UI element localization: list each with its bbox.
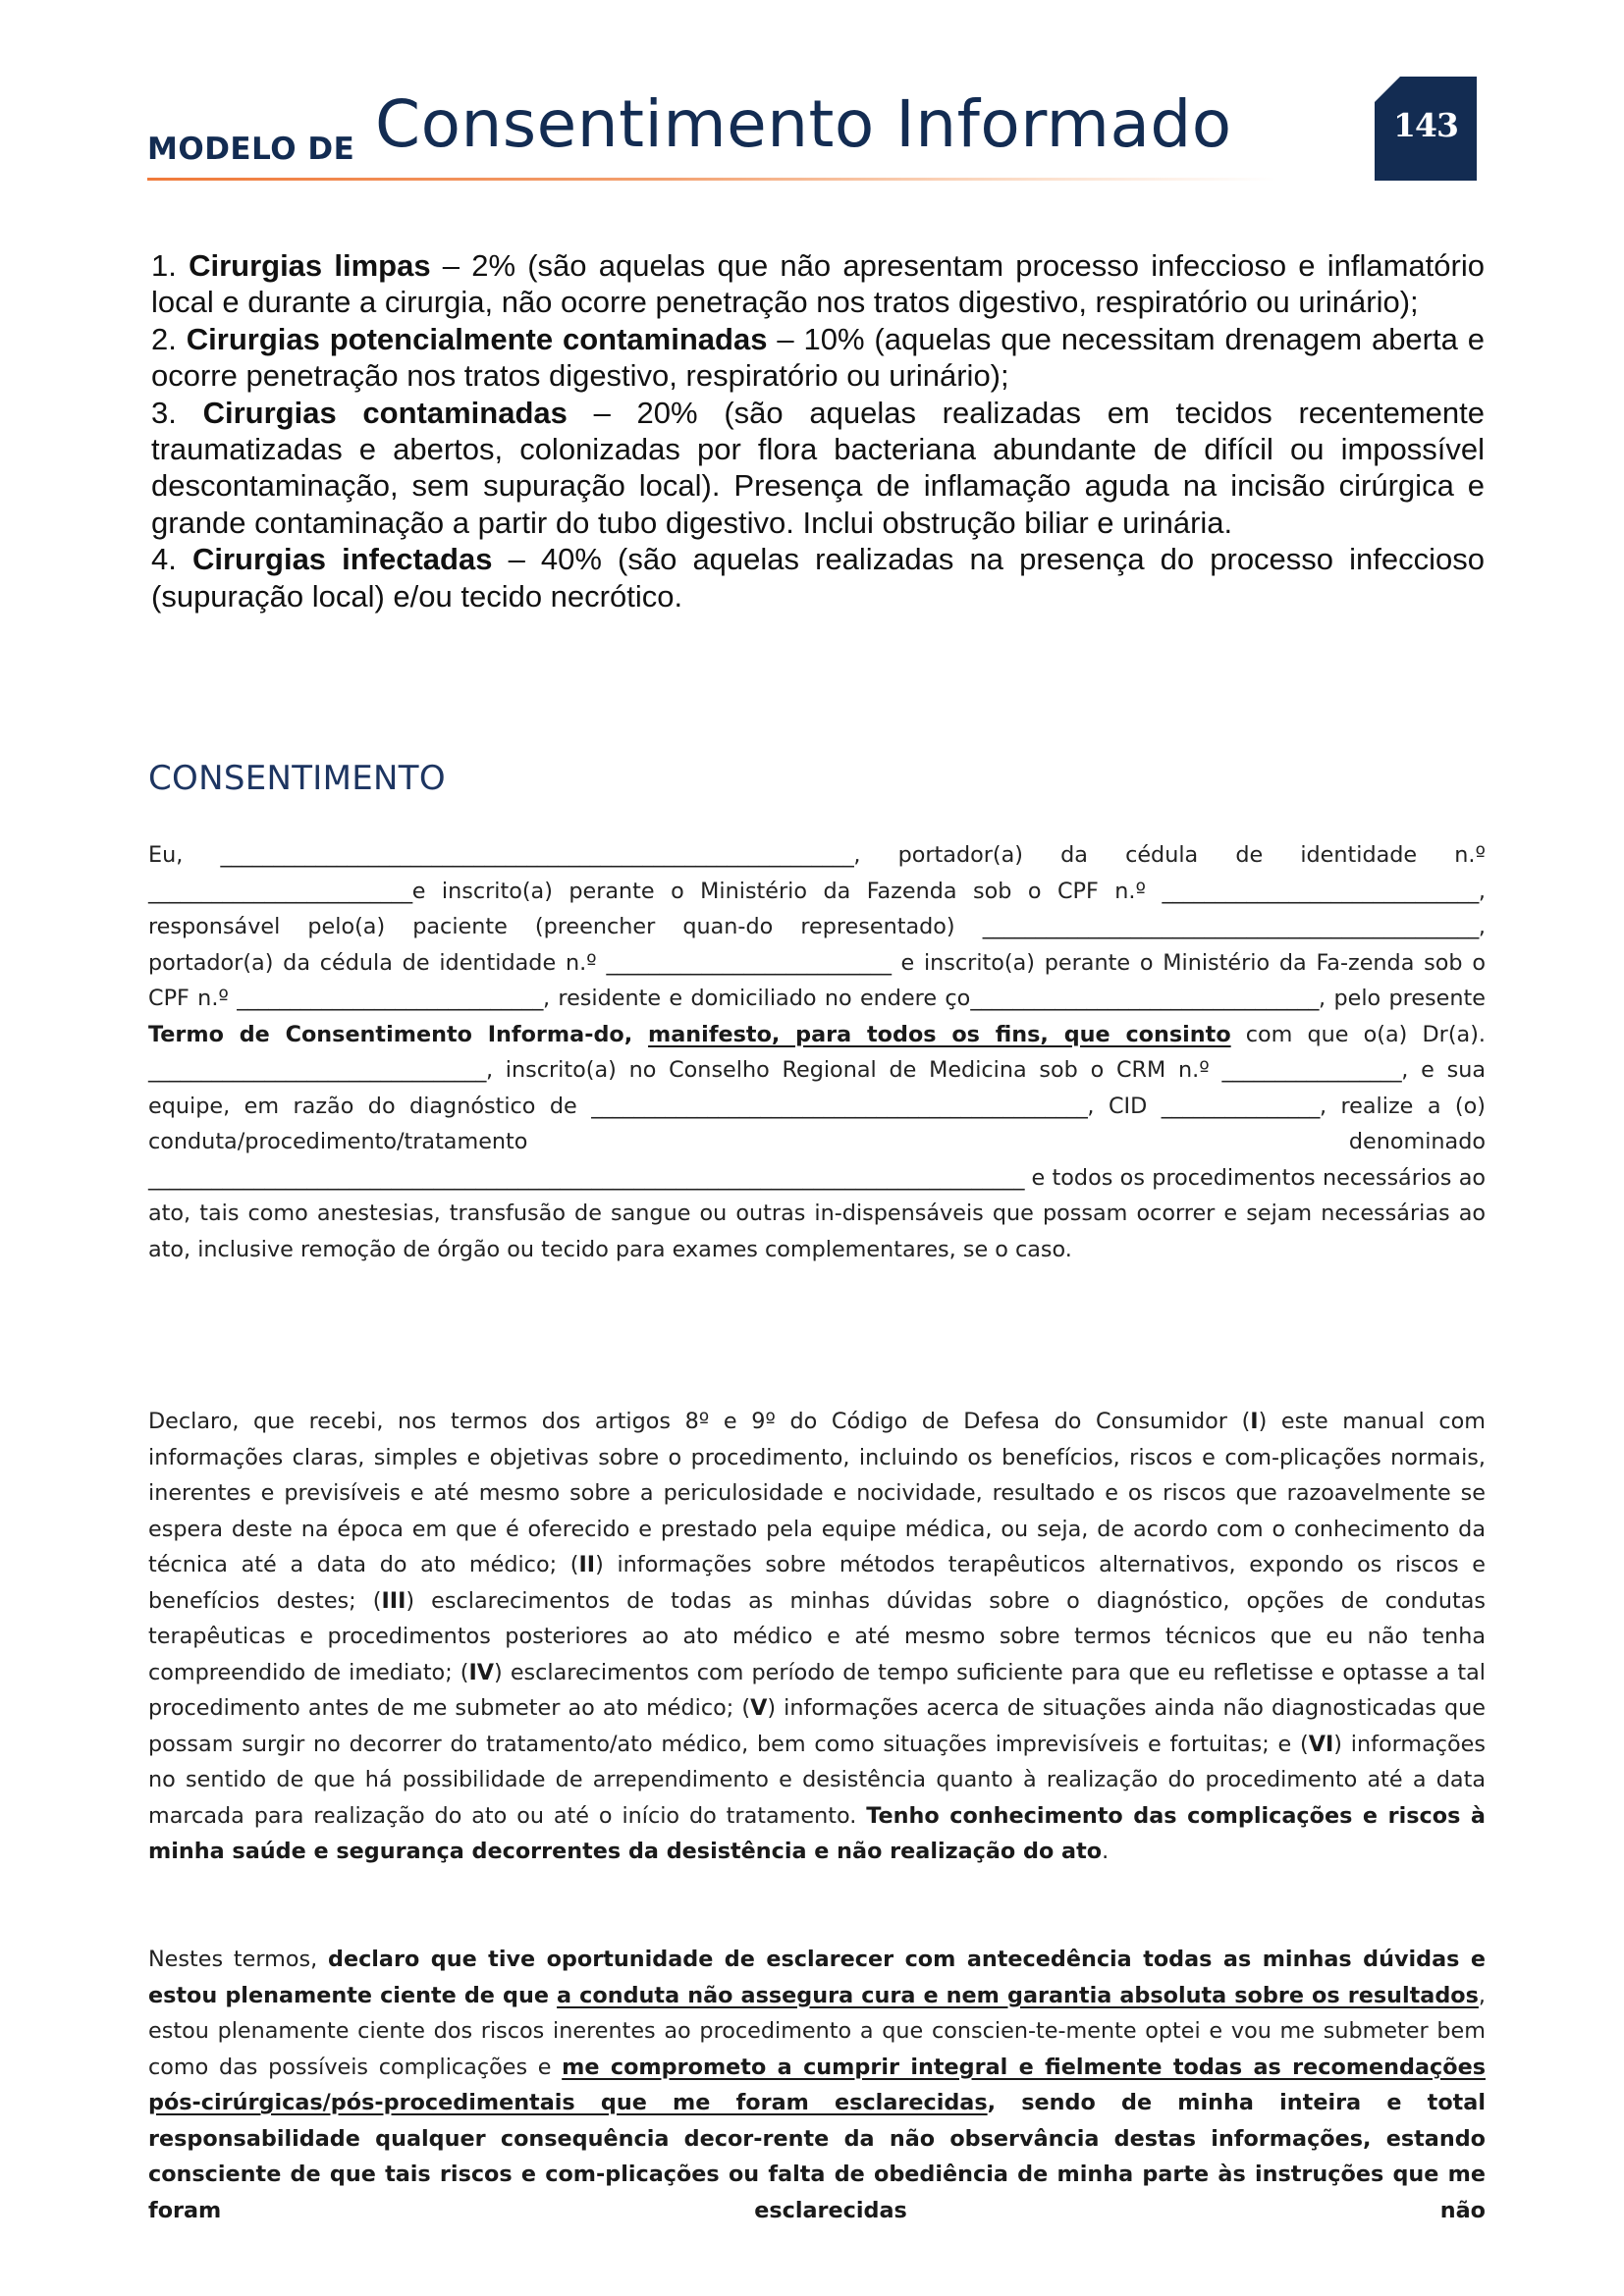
page-number-badge: 143 [1375,77,1477,181]
title-underline [147,178,1276,181]
terms-paragraph: Nestes termos, declaro que tive oportuni… [148,1942,1486,2228]
doctor-blank[interactable]: ________________________________ [148,1057,486,1083]
representative-cpf-blank[interactable]: _____________________________ [237,986,543,1011]
list-item: 3. Cirurgias contaminadas – 20% (são aqu… [151,395,1485,542]
cpf-blank[interactable]: ______________________________ [1162,879,1478,904]
list-item: 2. Cirurgias potencialmente contaminadas… [151,321,1485,395]
page-title: Consentimento Informado [375,86,1232,162]
crm-blank[interactable]: _________________ [1222,1057,1402,1083]
page-number: 143 [1375,106,1477,144]
id-blank[interactable]: _________________________ [148,879,412,904]
list-item: 4. Cirurgias infectadas – 40% (são aquel… [151,541,1485,614]
surgery-classification-list: 1. Cirurgias limpas – 2% (são aquelas qu… [151,247,1485,614]
name-blank[interactable]: ________________________________________… [220,842,853,868]
procedure-blank[interactable]: ________________________________________… [148,1165,1024,1191]
representative-id-blank[interactable]: ___________________________ [606,950,891,976]
title-prefix: MODELO DE [147,132,354,167]
section-heading-consent: CONSENTIMENTO [148,759,446,798]
list-item: 1. Cirurgias limpas – 2% (são aquelas qu… [151,247,1485,321]
diagnosis-blank[interactable]: ________________________________________… [591,1094,1087,1119]
representative-blank[interactable]: ________________________________________… [983,914,1479,939]
consent-paragraph: Eu, ____________________________________… [148,837,1486,1267]
cid-blank[interactable]: _______________ [1162,1094,1320,1119]
declaration-paragraph: Declaro, que recebi, nos termos dos arti… [148,1404,1486,1870]
address-blank[interactable]: _________________________________ [970,986,1319,1011]
page-header: MODELO DE Consentimento Informado [147,86,1492,185]
